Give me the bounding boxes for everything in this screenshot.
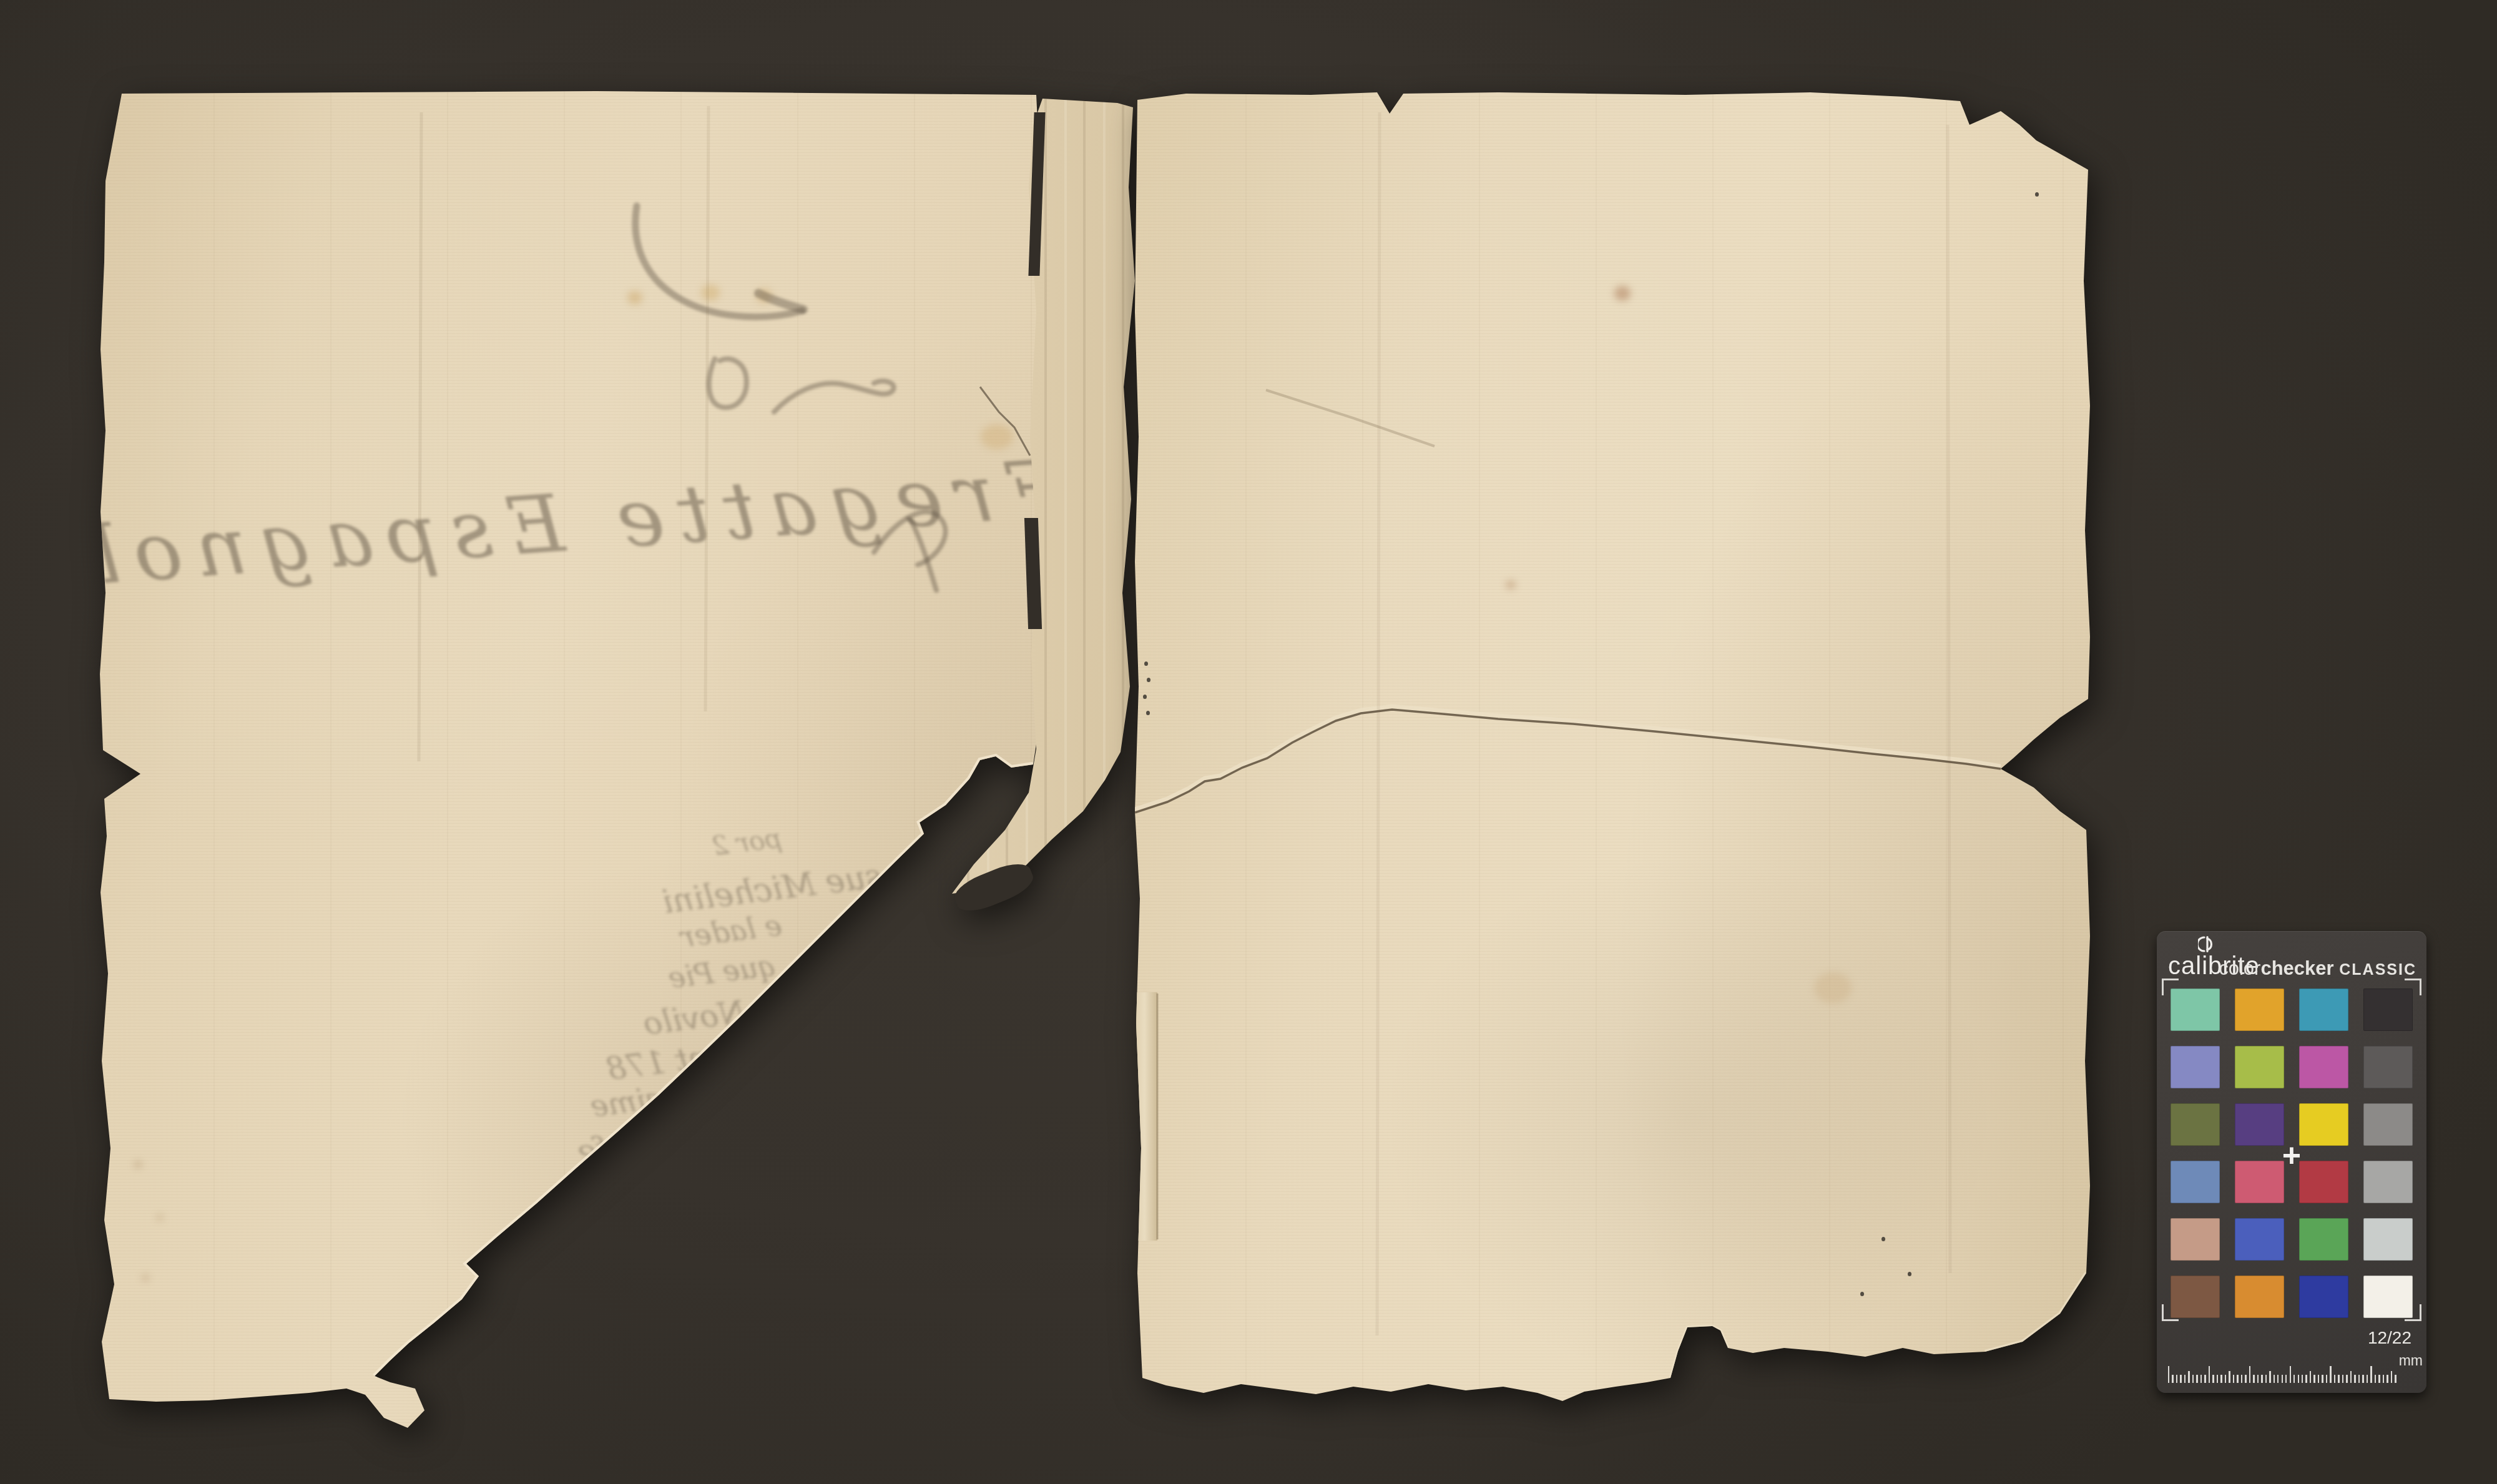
- horizontal-crack: [1135, 710, 2001, 813]
- ruler-ticks: [2168, 1362, 2396, 1383]
- ruler-tick: [2354, 1375, 2355, 1383]
- ruler-tick: [2362, 1375, 2363, 1383]
- ruler-tick: [2318, 1375, 2319, 1383]
- vertical-crease: [705, 106, 709, 711]
- ruler-tick: [2233, 1375, 2234, 1383]
- scan-background: Fregatte Espagnole por 2sue Michelinie l…: [0, 0, 2497, 1484]
- ruler-tick: [2245, 1375, 2246, 1383]
- ruler-tick: [2383, 1375, 2384, 1383]
- colorchecker-card: calibrite colorchecker CLASSIC + 12/22 m…: [2157, 931, 2426, 1393]
- ruler-tick: [2282, 1375, 2283, 1383]
- ruler-tick: [2257, 1375, 2259, 1383]
- product-name: colorchecker CLASSIC: [2219, 957, 2416, 980]
- ruler-tick: [2249, 1366, 2250, 1383]
- ruler-tick: [2209, 1366, 2210, 1383]
- ruler-tick: [2176, 1375, 2177, 1383]
- vertical-crease: [419, 112, 421, 761]
- ruler-tick: [2188, 1371, 2189, 1383]
- color-patch-orange: [2235, 1276, 2284, 1318]
- ruler-tick: [2290, 1366, 2291, 1383]
- alignment-crosshair: +: [2157, 1137, 2426, 1174]
- product-name-light: color: [2219, 957, 2260, 979]
- ruler-tick: [2204, 1375, 2205, 1383]
- ruler-tick: [2229, 1371, 2230, 1383]
- product-name-bold: checker: [2260, 957, 2333, 979]
- right-leaf-marks: [1129, 87, 2093, 1460]
- color-patch-blue: [2299, 1276, 2348, 1318]
- ruler-tick: [2253, 1375, 2254, 1383]
- left-manuscript-leaf: Fregatte Espagnole por 2sue Michelinie l…: [97, 87, 1139, 1460]
- handwriting-scribble-line: mr st: [485, 1309, 569, 1353]
- ruler-tick: [2367, 1375, 2368, 1383]
- handwriting-scribble-line: er Gv: [560, 1168, 650, 1214]
- ruler-tick: [2342, 1375, 2343, 1383]
- color-patch-neutral-3-5: [2363, 1046, 2413, 1088]
- color-patch-black: [2363, 989, 2413, 1031]
- ruler-tick: [2387, 1375, 2388, 1383]
- ruler-tick: [2338, 1375, 2339, 1383]
- left-leaf-marks: [97, 87, 1139, 1460]
- torn-edge-highlight: [375, 756, 1033, 1376]
- vertical-crease: [1377, 112, 1380, 1335]
- color-patch-cyan: [2299, 989, 2348, 1031]
- handwriting-flourish: [635, 206, 946, 590]
- ruler-tick: [2196, 1375, 2197, 1383]
- ruler-tick: [2180, 1375, 2181, 1383]
- ruler-tick: [2192, 1375, 2194, 1383]
- handwriting-scribble-line: via 45: [535, 1214, 639, 1263]
- ruler-tick: [2274, 1375, 2275, 1383]
- ruler-tick: [2322, 1375, 2323, 1383]
- vertical-crease: [1948, 125, 1950, 1273]
- ruler-tick: [2212, 1375, 2214, 1383]
- ruler-tick: [2293, 1375, 2295, 1383]
- ruler-tick: [2220, 1375, 2222, 1383]
- ruler-tick: [2277, 1375, 2279, 1383]
- ruler-tick: [2358, 1375, 2360, 1383]
- ruler-tick: [2172, 1375, 2173, 1383]
- color-patch-blue-flower: [2171, 1046, 2220, 1088]
- left-leaf-paper: Fregatte Espagnole por 2sue Michelinie l…: [97, 87, 1139, 1460]
- torn-corner-highlight: [1985, 1273, 2086, 1352]
- color-patch-orange-yellow: [2235, 989, 2284, 1031]
- right-manuscript-leaf: [1129, 87, 2093, 1460]
- ruler-tick: [2391, 1371, 2392, 1383]
- ruler-tick: [2378, 1375, 2380, 1383]
- ruler-tick: [2269, 1371, 2270, 1383]
- ruler-tick: [2200, 1375, 2202, 1383]
- crack-highlight: [1135, 706, 2001, 809]
- strip-crack: [980, 387, 1030, 456]
- product-variant: CLASSIC: [2339, 961, 2416, 979]
- color-patch-bluish-green: [2171, 989, 2220, 1031]
- right-leaf-paper: [1129, 87, 2093, 1460]
- ruler-tick: [2313, 1375, 2315, 1383]
- color-patch-light-skin: [2171, 1218, 2220, 1261]
- ruler-tick: [2305, 1375, 2307, 1383]
- ruler-tick: [2168, 1366, 2169, 1383]
- ruler-tick: [2261, 1375, 2262, 1383]
- date-code: 12/22: [2368, 1328, 2411, 1348]
- ruler-tick: [2375, 1375, 2376, 1383]
- diagonal-crease: [1266, 390, 1435, 446]
- ruler-tick: [2310, 1371, 2311, 1383]
- ruler-tick: [2334, 1375, 2335, 1383]
- color-patch-magenta: [2299, 1046, 2348, 1088]
- color-patch-purplish-blue: [2235, 1218, 2284, 1261]
- color-patch-white: [2363, 1276, 2413, 1318]
- color-patch-neutral-8: [2363, 1218, 2413, 1261]
- ruler-tick: [2298, 1375, 2299, 1383]
- ruler-tick: [2395, 1375, 2396, 1383]
- ruler-tick: [2330, 1366, 2331, 1383]
- ruler-tick: [2265, 1375, 2267, 1383]
- ruler-tick: [2302, 1375, 2303, 1383]
- ruler-unit-label: mm: [2399, 1352, 2423, 1369]
- handwriting-scribble-line: ko a re: [510, 1261, 623, 1310]
- ruler-tick: [2225, 1375, 2226, 1383]
- ruler-tick: [2326, 1375, 2327, 1383]
- ruler-tick: [2184, 1375, 2185, 1383]
- color-patch-green: [2299, 1218, 2348, 1261]
- ruler-tick: [2241, 1375, 2242, 1383]
- color-patch-yellow-green: [2235, 1046, 2284, 1088]
- ruler-tick: [2237, 1375, 2238, 1383]
- ruler-tick: [2346, 1375, 2347, 1383]
- ruler-tick: [2217, 1375, 2218, 1383]
- color-patch-dark-skin: [2171, 1276, 2220, 1318]
- ruler-tick: [2285, 1375, 2287, 1383]
- ruler-tick: [2370, 1366, 2372, 1383]
- ruler-tick: [2350, 1371, 2352, 1383]
- torn-notch-highlight: [1670, 1326, 1728, 1378]
